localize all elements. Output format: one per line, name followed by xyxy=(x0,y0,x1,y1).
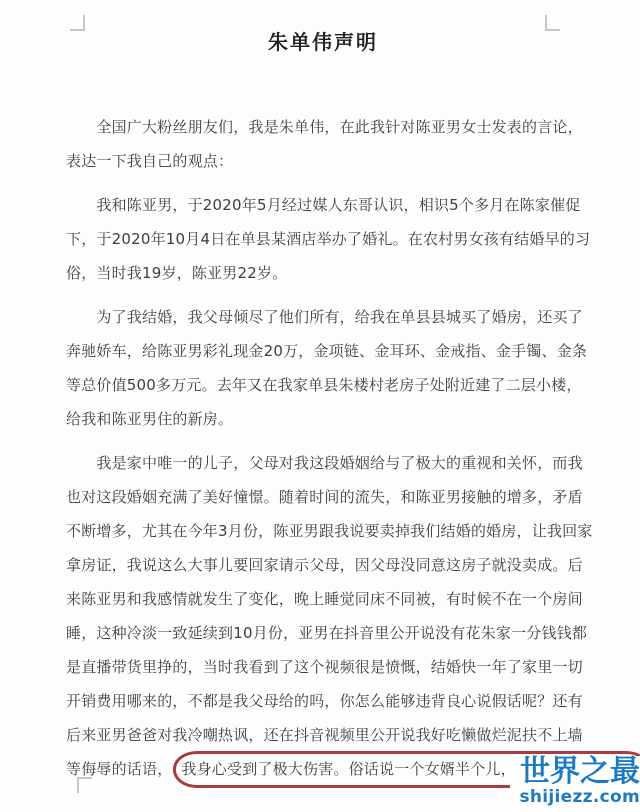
paragraph-marriage: 我和陈亚男，于2020年5月经过媒人东哥认识，相识5个多月在陈家催促 下，于20… xyxy=(66,188,580,290)
statement-document: 朱单伟声明 全国广大粉丝朋友们，我是朱单伟，在此我针对陈亚男女士发表的言论， 表… xyxy=(66,30,580,786)
document-title: 朱单伟声明 xyxy=(66,30,580,54)
watermark-site-name: 世界之最 xyxy=(510,756,640,787)
margin-mark-top-right-icon xyxy=(545,15,560,31)
paragraph-conflict: 我是家中唯一的儿子，父母对我这段婚姻给与了极大的重视和关怀，而我 也对这段婚姻充… xyxy=(66,446,580,786)
margin-mark-top-left-icon xyxy=(70,15,85,31)
site-watermark: 世界之最 shijiezz.com xyxy=(510,756,640,812)
document-title-text: 朱单伟声明 xyxy=(268,30,378,54)
paragraph-intro: 全国广大粉丝朋友们，我是朱单伟，在此我针对陈亚男女士发表的言论， 表达一下我自己… xyxy=(66,110,580,178)
paragraph-conflict-text: 我是家中唯一的儿子，父母对我这段婚姻给与了极大的重视和关怀，而我 也对这段婚姻充… xyxy=(66,454,593,778)
watermark-site-url: shijiezz.com xyxy=(510,787,640,807)
paragraph-dowry: 为了我结婚，我父母倾尽了他们所有，给我在单县县城买了婚房，还买了 奔驰娇车，给陈… xyxy=(66,300,580,436)
document-page: 朱单伟声明 全国广大粉丝朋友们，我是朱单伟，在此我针对陈亚男女士发表的言论， 表… xyxy=(0,0,640,812)
